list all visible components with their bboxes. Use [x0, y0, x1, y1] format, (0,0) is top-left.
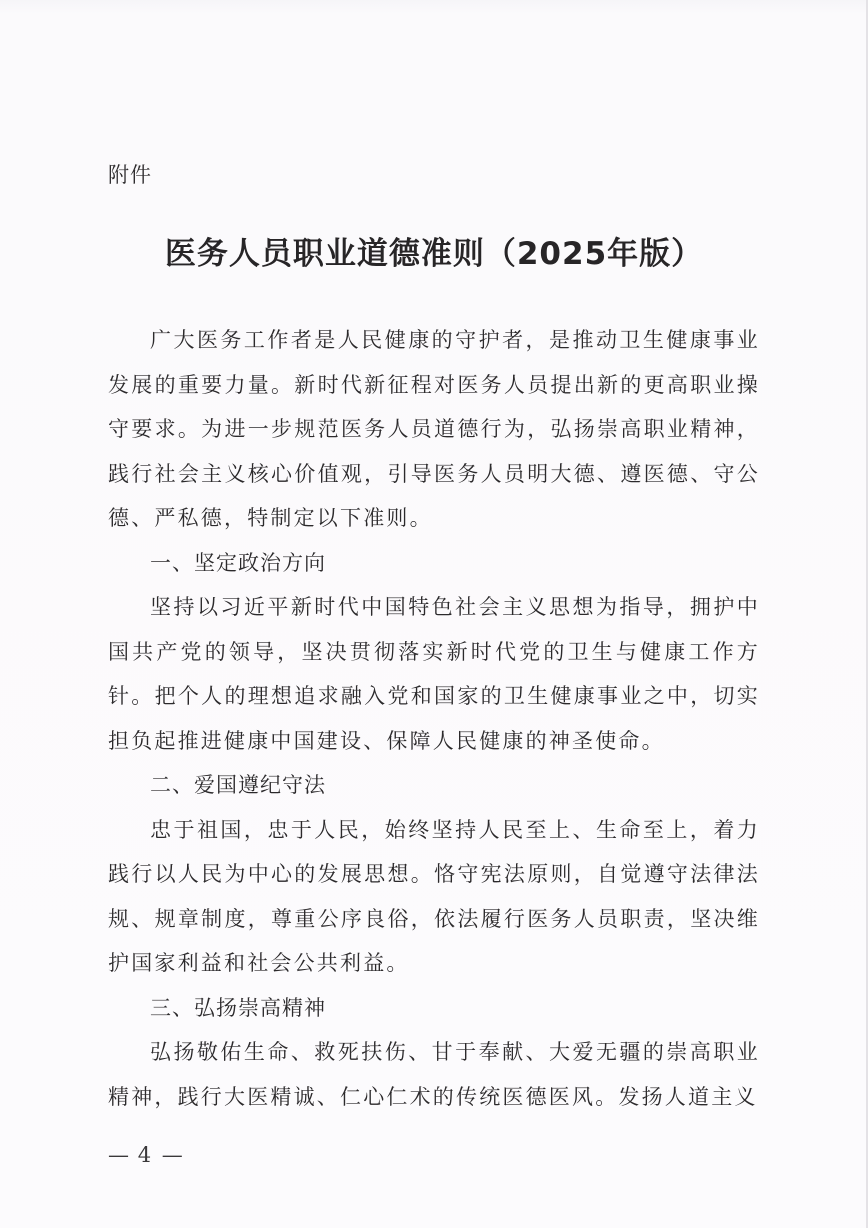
intro-paragraph: 广大医务工作者是人民健康的守护者，是推动卫生健康事业发展的重要力量。新时代新征程… [108, 318, 760, 541]
page-number-dash-left: — [108, 1143, 129, 1167]
section-paragraph-1: 坚持以习近平新时代中国特色社会主义思想为指导，拥护中国共产党的领导，坚决贯彻落实… [108, 585, 760, 763]
page-number: — 4 — [108, 1143, 183, 1167]
section-heading-1: 一、坚定政治方向 [108, 541, 760, 586]
page-number-value: 4 [138, 1143, 153, 1167]
section-paragraph-3: 弘扬敬佑生命、救死扶伤、甘于奉献、大爱无疆的崇高职业精神，践行大医精诚、仁心仁术… [108, 1030, 760, 1119]
document-title: 医务人员职业道德准则（2025年版） [0, 228, 868, 273]
page-number-dash-right: — [162, 1143, 183, 1167]
section-heading-2: 二、爱国遵纪守法 [108, 763, 760, 808]
document-page: 附件 医务人员职业道德准则（2025年版） 广大医务工作者是人民健康的守护者，是… [0, 0, 868, 1228]
attachment-label: 附件 [108, 159, 152, 189]
section-heading-3: 三、弘扬崇高精神 [108, 986, 760, 1031]
document-body: 广大医务工作者是人民健康的守护者，是推动卫生健康事业发展的重要力量。新时代新征程… [108, 318, 760, 1119]
section-paragraph-2: 忠于祖国，忠于人民，始终坚持人民至上、生命至上，着力践行以人民为中心的发展思想。… [108, 808, 760, 986]
